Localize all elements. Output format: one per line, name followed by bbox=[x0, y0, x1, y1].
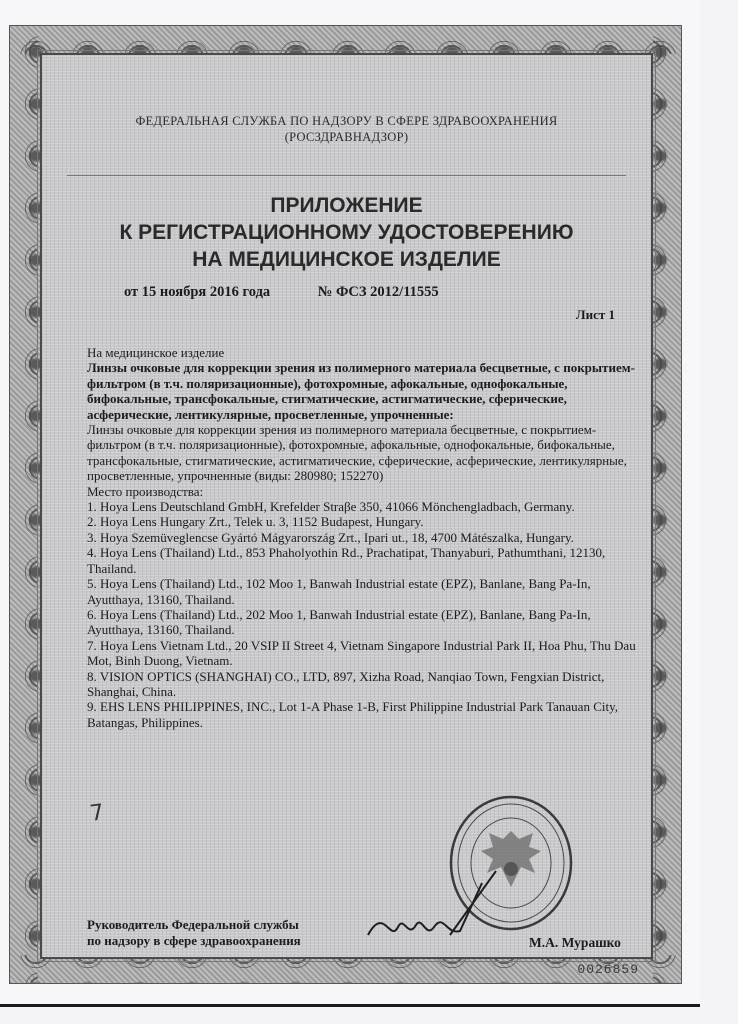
production-site: 8. VISION OPTICS (SHANGHAI) CO., LTD, 89… bbox=[87, 669, 647, 700]
agency-name: ФЕДЕРАЛЬНАЯ СЛУЖБА ПО НАДЗОРУ В СФЕРЕ ЗД… bbox=[42, 113, 651, 129]
agency-abbreviation: (РОСЗДРАВНАДЗОР) bbox=[42, 129, 651, 145]
certificate-number: № ФСЗ 2012/11555 bbox=[318, 284, 439, 300]
certificate-frame: ФЕДЕРАЛЬНАЯ СЛУЖБА ПО НАДЗОРУ В СФЕРЕ ЗД… bbox=[9, 25, 682, 984]
production-site: 5. Hoya Lens (Thailand) Ltd., 102 Moo 1,… bbox=[87, 576, 647, 607]
sheet-number: Лист 1 bbox=[576, 307, 615, 323]
title-line-2: К РЕГИСТРАЦИОННОМУ УДОСТОВЕРЕНИЮ bbox=[42, 219, 651, 246]
product-description: Линзы очковые для коррекции зрения из по… bbox=[87, 422, 647, 484]
document-title: ПРИЛОЖЕНИЕ К РЕГИСТРАЦИОННОМУ УДОСТОВЕРЕ… bbox=[42, 192, 651, 273]
production-site: 9. EHS LENS PHILIPPINES, INC., Lot 1-A P… bbox=[87, 699, 647, 730]
title-line-3: НА МЕДИЦИНСКОЕ ИЗДЕЛИЕ bbox=[42, 246, 651, 273]
handwritten-mark: 7 bbox=[88, 800, 105, 827]
signatory-line-2: по надзору в сфере здравоохранения bbox=[87, 933, 301, 949]
certificate-reference: от 15 ноября 2016 года № ФСЗ 2012/11555 bbox=[124, 284, 439, 301]
signatory-name: М.А. Мурашко bbox=[529, 935, 621, 951]
signatory-title: Руководитель Федеральной службы по надзо… bbox=[87, 917, 301, 949]
title-line-1: ПРИЛОЖЕНИЕ bbox=[42, 192, 651, 219]
document-content: На медицинское изделие Линзы очковые для… bbox=[87, 345, 647, 730]
agency-header: ФЕДЕРАЛЬНАЯ СЛУЖБА ПО НАДЗОРУ В СФЕРЕ ЗД… bbox=[42, 113, 651, 145]
production-site: 6. Hoya Lens (Thailand) Ltd., 202 Moo 1,… bbox=[87, 607, 647, 638]
signatory-line-1: Руководитель Федеральной службы bbox=[87, 917, 301, 933]
production-label: Место производства: bbox=[87, 484, 647, 499]
issue-date: от 15 ноября 2016 года bbox=[124, 284, 270, 300]
production-site: 3. Hoya Szemüveglencse Gyártó Mágyarorsz… bbox=[87, 530, 647, 545]
serial-number: 0026859 bbox=[577, 962, 639, 977]
production-site: 4. Hoya Lens (Thailand) Ltd., 853 Phahol… bbox=[87, 545, 647, 576]
header-divider bbox=[67, 175, 626, 176]
production-site: 1. Hoya Lens Deutschland GmbH, Krefelder… bbox=[87, 499, 647, 514]
scan-edge-line bbox=[0, 1004, 700, 1007]
certificate-body: ФЕДЕРАЛЬНАЯ СЛУЖБА ПО НАДЗОРУ В СФЕРЕ ЗД… bbox=[40, 53, 653, 959]
product-name: Линзы очковые для коррекции зрения из по… bbox=[87, 360, 647, 422]
production-site: 7. Hoya Lens Vietnam Ltd., 20 VSIP II St… bbox=[87, 638, 647, 669]
production-site: 2. Hoya Lens Hungary Zrt., Telek u. 3, 1… bbox=[87, 514, 647, 529]
intro-text: На медицинское изделие bbox=[87, 345, 647, 360]
signature-icon bbox=[364, 865, 504, 945]
